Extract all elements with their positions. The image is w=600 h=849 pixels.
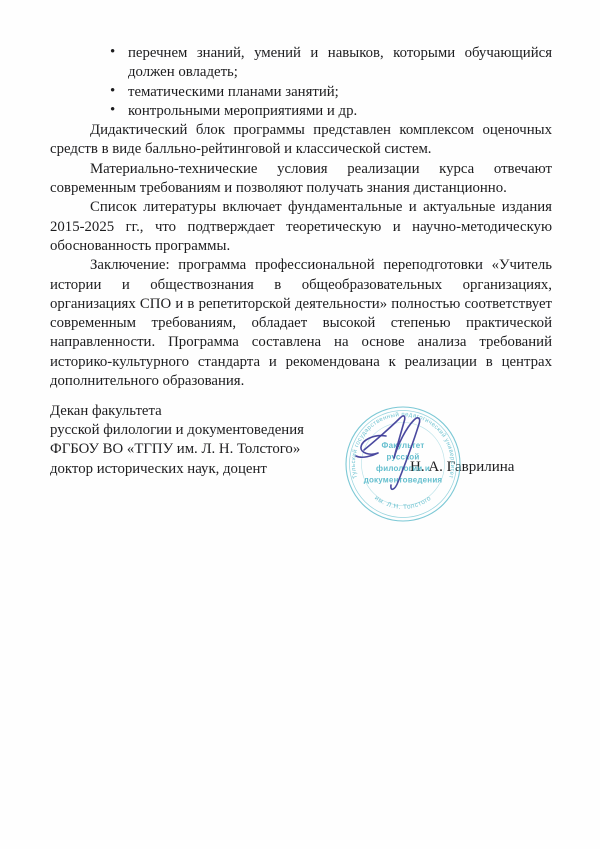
list-item: • тематическими планами занятий; [50, 83, 552, 102]
signature-stroke [364, 416, 420, 489]
paragraphs: Дидактический блок программы представлен… [50, 121, 552, 391]
paragraph: Заключение: программа профессиональной п… [50, 256, 552, 391]
bullet-icon: • [110, 82, 115, 101]
list-item: • перечнем знаний, умений и навыков, кот… [50, 44, 552, 83]
bullet-icon: • [110, 43, 115, 62]
signature-block: Декан факультета русской филологии и док… [50, 402, 562, 479]
bullet-text: контрольными мероприятиями и др. [128, 103, 357, 119]
handwritten-signature [348, 406, 438, 498]
paragraph: Список литературы включает фундаментальн… [50, 198, 552, 256]
list-item: • контрольными мероприятиями и др. [50, 102, 552, 121]
signer-title-line: Декан факультета [50, 402, 562, 421]
bullet-icon: • [110, 101, 115, 120]
scanned-document-page: • перечнем знаний, умений и навыков, кот… [0, 0, 600, 849]
signer-title-line: русской филологии и документоведения [50, 421, 562, 440]
paragraph: Материально-технические условия реализац… [50, 160, 552, 199]
signature-stroke [356, 436, 386, 458]
paragraph: Дидактический блок программы представлен… [50, 121, 552, 160]
bullet-text: перечнем знаний, умений и навыков, котор… [128, 45, 552, 80]
signer-title-line: ФГБОУ ВО «ТГПУ им. Л. Н. Толстого» [50, 440, 562, 459]
bullet-text: тематическими планами занятий; [128, 84, 339, 100]
document-body: • перечнем знаний, умений и навыков, кот… [50, 44, 552, 391]
bullet-list: • перечнем знаний, умений и навыков, кот… [50, 44, 552, 121]
